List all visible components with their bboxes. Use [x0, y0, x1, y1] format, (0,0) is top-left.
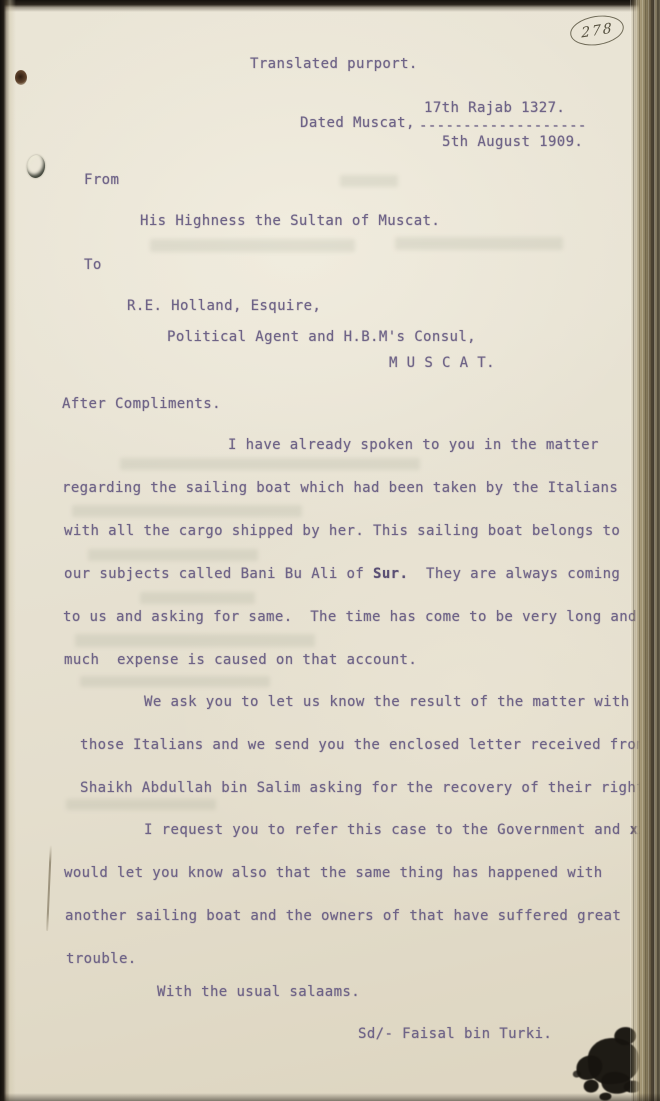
salutation: After Compliments.: [62, 396, 221, 413]
dateline-label: Dated Muscat,: [300, 115, 415, 132]
paper-crease-line: [46, 845, 52, 931]
body-line: with all the cargo shipped by her. This …: [64, 523, 620, 540]
dateline-separator: -------------------: [419, 118, 587, 135]
body-line-segment-bold: Sur.: [373, 566, 408, 582]
bleedthrough-mark: [72, 505, 302, 517]
wormhole-spot: [15, 70, 27, 85]
from-name: His Highness the Sultan of Muscat.: [140, 213, 440, 230]
page-bottom-shadow: [0, 1093, 660, 1101]
to-title: Political Agent and H.B.M's Consul,: [167, 329, 476, 346]
body-line: our subjects called Bani Bu Ali of Sur. …: [64, 566, 620, 583]
to-name: R.E. Holland, Esquire,: [127, 298, 321, 315]
from-label: From: [84, 172, 119, 189]
bleedthrough-mark: [340, 175, 398, 187]
bleedthrough-mark: [120, 458, 420, 470]
to-place: M U S C A T.: [389, 355, 495, 372]
binding-left-edge: [0, 0, 16, 1101]
bleedthrough-mark: [80, 676, 270, 687]
body-line: I request you to refer this case to the …: [144, 822, 660, 839]
body-line: would let you know also that the same th…: [64, 865, 603, 882]
body-line: I have already spoken to you in the matt…: [228, 437, 599, 454]
body-line-segment: our subjects called Bani Bu Ali of: [64, 566, 373, 582]
page-number: 278: [581, 20, 614, 41]
body-line: another sailing boat and the owners of t…: [65, 908, 621, 925]
body-line: Shaikh Abdullah bin Salim asking for the…: [80, 780, 660, 797]
scanned-letter-page: Translated purport. 17th Rajab 1327. Dat…: [0, 0, 660, 1101]
signature-line: Sd/- Faisal bin Turki.: [358, 1026, 552, 1043]
bleedthrough-mark: [140, 592, 255, 604]
bleedthrough-mark: [150, 239, 355, 252]
body-line: trouble.: [66, 951, 137, 968]
body-line: We ask you to let us know the result of …: [144, 694, 630, 711]
body-line: those Italians and we send you the enclo…: [80, 737, 645, 754]
page-stack-right-edge: [630, 0, 660, 1101]
bleedthrough-mark: [395, 237, 563, 250]
punch-hole-eyelet: [25, 154, 46, 179]
bleedthrough-mark: [66, 799, 216, 810]
dateline-gregorian: 5th August 1909.: [442, 134, 583, 151]
body-line-segment: I request you to refer this case to the …: [144, 822, 630, 838]
body-line: regarding the sailing boat which had bee…: [62, 480, 618, 497]
dateline-hijri: 17th Rajab 1327.: [424, 100, 565, 117]
closing-salaams: With the usual salaams.: [157, 984, 360, 1001]
body-line-segment: They are always coming: [408, 566, 620, 582]
bleedthrough-mark: [88, 549, 258, 561]
bleedthrough-mark: [75, 634, 315, 647]
book-top-edge: [0, 0, 660, 12]
body-line: to us and asking for same. The time has …: [63, 609, 637, 626]
body-line: much expense is caused on that account.: [64, 652, 417, 669]
page-number-circle: 278: [568, 12, 626, 49]
to-label: To: [84, 257, 102, 274]
letter-heading: Translated purport.: [250, 56, 418, 73]
